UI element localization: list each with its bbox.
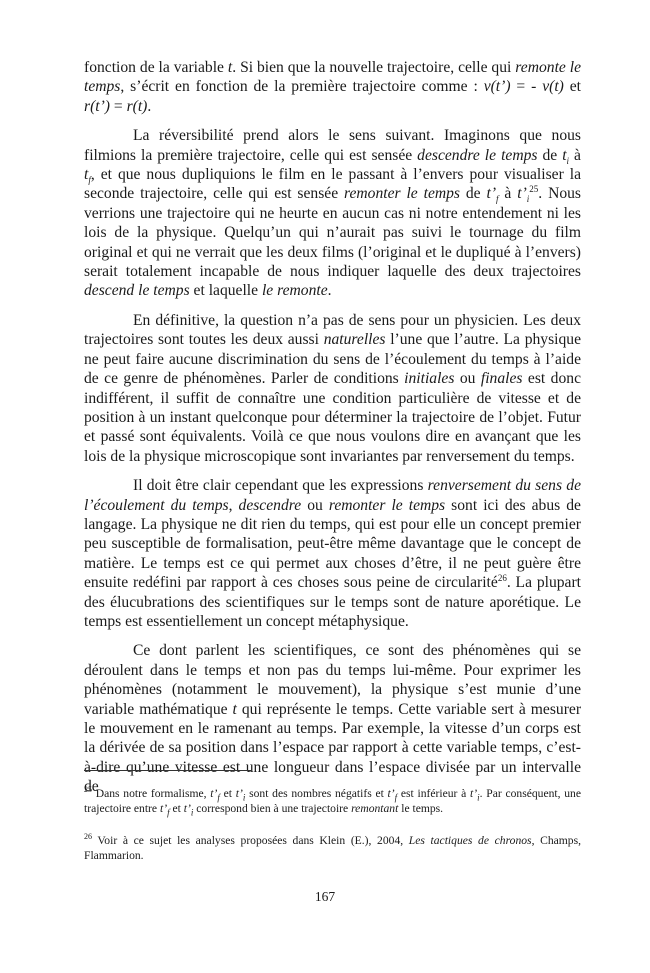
italic-text: v(t’)	[484, 78, 511, 95]
body-text: fonction de la variable t. Si bien que l…	[84, 58, 581, 797]
paragraph-gap	[84, 631, 581, 641]
paragraph: La réversibilité prend alors le sens sui…	[84, 126, 581, 301]
paragraph: Ce dont parlent les scientifiques, ce so…	[84, 641, 581, 796]
footnote-25: 25 Dans notre formalisme, t’f et t’i son…	[84, 786, 581, 816]
paragraph: Il doit être clair cependant que les exp…	[84, 476, 581, 631]
italic-text: descendre le temps	[417, 147, 537, 164]
italic-text: remonter le temps	[344, 185, 460, 202]
italic-text: t’	[160, 802, 167, 815]
subscript: i	[567, 156, 570, 166]
italic-text: r(t)	[127, 98, 148, 115]
italic-text: finales	[481, 370, 523, 387]
italic-text: t’	[517, 185, 527, 202]
subscript: i	[527, 195, 530, 205]
italic-text: r(t’)	[84, 98, 110, 115]
footnote-separator	[84, 770, 252, 771]
paragraph-gap	[84, 466, 581, 476]
footnote-marker: 26	[84, 832, 92, 841]
page-number: 167	[0, 889, 650, 905]
italic-text: t’	[388, 787, 395, 800]
footnote-ref[interactable]: 26	[498, 573, 507, 583]
italic-text: descend le temps	[84, 282, 190, 299]
italic-text: t’	[236, 787, 243, 800]
italic-text: t’	[184, 802, 191, 815]
subscript: f	[88, 175, 91, 185]
italic-text: remontant	[351, 802, 398, 815]
italic-text: v(t)	[542, 78, 564, 95]
italic-text: initiales	[404, 370, 454, 387]
subscript: f	[496, 195, 499, 205]
paragraph-gap	[84, 301, 581, 311]
footnote-ref[interactable]: 25	[529, 184, 538, 194]
italic-text: t	[228, 59, 232, 76]
italic-text: le remonte	[262, 282, 328, 299]
subscript: i	[243, 792, 246, 802]
italic-text: t’	[487, 185, 497, 202]
paragraph: fonction de la variable t. Si bien que l…	[84, 58, 581, 116]
italic-text: Les tactiques de chronos	[409, 834, 532, 847]
italic-text: remonter le temps	[329, 497, 445, 514]
footnote-26: 26 Voir à ce sujet les analyses proposée…	[84, 833, 581, 863]
italic-text: descendre	[239, 497, 302, 514]
subscript: i	[191, 807, 194, 817]
subscript: f	[395, 792, 398, 802]
italic-text: naturelles	[324, 331, 386, 348]
footnote-marker: 25	[84, 785, 92, 794]
paragraph-gap	[84, 116, 581, 126]
subscript: i	[477, 792, 480, 802]
italic-text: t	[233, 701, 237, 718]
paragraph: En définitive, la question n’a pas de se…	[84, 311, 581, 466]
subscript: f	[217, 792, 220, 802]
subscript: f	[167, 807, 170, 817]
